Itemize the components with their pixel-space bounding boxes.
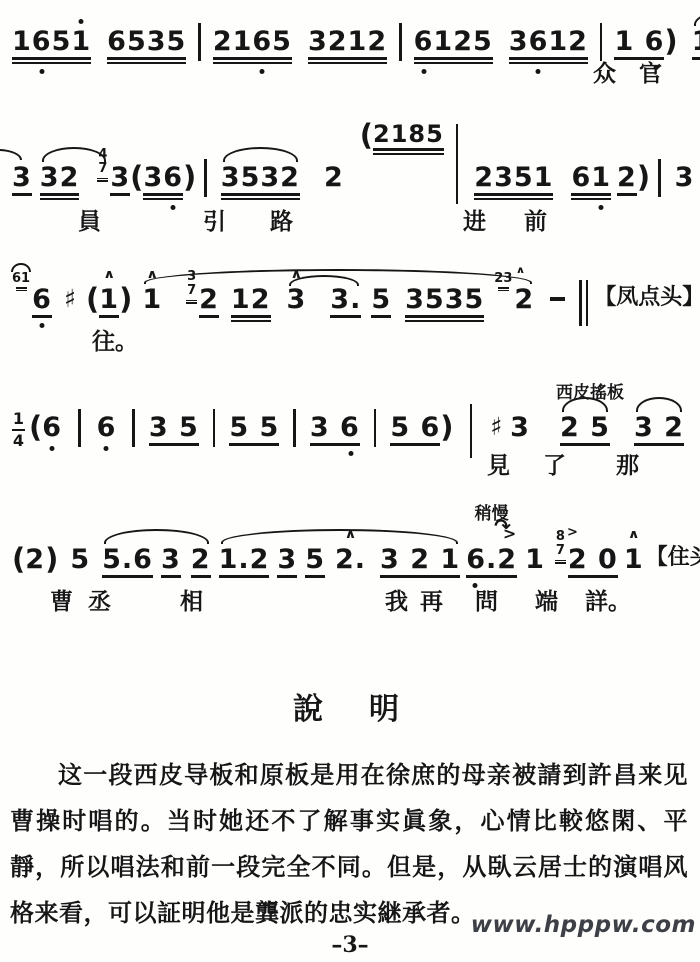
cue-notes-group: (2185: [360, 122, 459, 204]
note-underline: [330, 315, 361, 318]
staccato-caret-mark: ∧: [103, 269, 115, 281]
parenthesis: (: [29, 413, 42, 442]
note-underline: [373, 153, 444, 156]
note-underline: [414, 57, 493, 60]
staccato-caret-mark: ∧: [146, 269, 158, 281]
note-underline: [143, 193, 183, 196]
lyric-char: 路: [270, 210, 293, 233]
sharp-sign: ♯: [64, 286, 76, 311]
note-token: 3: [510, 414, 530, 441]
music-row: 332473(36)35322(21852351612)33 2: [12, 118, 692, 246]
note-underline: [474, 193, 553, 196]
note-digits: 3 2 1: [380, 546, 460, 573]
note-digits: 5: [70, 546, 90, 573]
note-digits: 3212: [308, 28, 387, 55]
slur-group: 1.2352.∧3 2 1: [219, 546, 461, 578]
note-token: 3: [110, 164, 130, 196]
grace-notes: 23∧: [494, 272, 512, 291]
note-token: 3: [161, 546, 181, 578]
note-digits: 2351: [474, 164, 553, 191]
grace-underline: [555, 560, 566, 562]
slur-group: 3∧3.: [287, 286, 362, 318]
grace-underline: [16, 290, 27, 292]
note-underline: [99, 315, 119, 318]
note-token: 6.2>稍慢↷: [466, 546, 517, 578]
note-underline: [509, 57, 588, 60]
grace-underline: [555, 562, 566, 564]
parenthesis: (: [130, 163, 143, 192]
note-underline: [390, 443, 440, 446]
note-underline: [221, 193, 300, 196]
parenthesis: (: [360, 121, 373, 150]
note-underline: [371, 315, 391, 318]
barline: [293, 409, 296, 447]
note-token: 3212: [308, 28, 387, 64]
music-row: (2)55.6321.2352.∧3 2 16.2>稍慢↷187>2 01∧【住…: [12, 498, 692, 588]
lyric-char: 端: [535, 590, 558, 613]
octave-dot-below: [260, 69, 265, 74]
note-underline: [199, 315, 219, 318]
lyric-char: 引: [203, 210, 226, 233]
note-token: 32: [40, 164, 80, 200]
note-underline: [305, 575, 325, 578]
note-digits: 6535: [107, 28, 186, 55]
note-underline: [571, 193, 611, 196]
note-token: 3: [12, 164, 32, 196]
barline: [213, 409, 216, 447]
note-digits: 1.2: [219, 546, 270, 573]
lyric-char: 前: [524, 210, 547, 233]
grace-underline: [97, 178, 108, 180]
note-token: 1: [525, 546, 545, 573]
grace-digits: 23: [494, 272, 512, 286]
note-underline: [310, 443, 360, 446]
barline: [198, 23, 201, 61]
note-token: 3 6: [310, 414, 360, 446]
lyric-char: 曹: [50, 590, 73, 613]
slur-group: 西皮搖板2 5: [560, 414, 610, 446]
note-digits: 6: [32, 286, 52, 313]
score-line-2: 332473(36)35322(21852351612)33 2員引路进前: [12, 118, 692, 254]
note-digits: 2.: [335, 546, 366, 573]
grace-notes: 37: [186, 270, 197, 304]
note-underline: [692, 57, 700, 60]
note-digits: 12: [231, 286, 271, 313]
note-digits: 6.2: [466, 546, 517, 573]
parenthesis: ): [183, 163, 196, 192]
note-digits: 5.6: [102, 546, 153, 573]
percussion-pattern-label: 【凤点头】: [594, 285, 700, 309]
note-underline: [308, 62, 387, 65]
note-underline: [509, 62, 588, 65]
lyric-char: 再: [420, 590, 443, 613]
note-digits: 2: [514, 286, 534, 313]
barline: [132, 409, 135, 447]
octave-dot-below: [50, 446, 55, 451]
note-digits: 6: [97, 414, 117, 441]
section-title: 說 明: [0, 684, 700, 728]
grace-underline: [16, 287, 27, 289]
note-underline: [213, 57, 292, 60]
barline: [658, 159, 661, 197]
note-digits: 6: [42, 414, 62, 441]
octave-dot-below: [472, 583, 477, 588]
note-digits: 1 4: [692, 28, 700, 55]
note-underline: [40, 198, 80, 201]
lyric-char: 官: [639, 62, 662, 85]
note-digits: 1651: [12, 28, 91, 55]
note-digits: 5 6: [390, 414, 440, 441]
note-digits: 2: [199, 286, 219, 313]
note-digits: 36: [143, 164, 183, 191]
note-token: 6: [97, 414, 117, 441]
note-underline: [12, 62, 91, 65]
parenthesis: ): [440, 413, 453, 442]
octave-dot-below: [536, 69, 541, 74]
note-digits: 2 0: [568, 546, 618, 573]
double-barline: [579, 280, 588, 326]
grace-digits: 61: [12, 272, 30, 286]
note-token: 5: [305, 546, 325, 578]
accent-mark: >: [567, 526, 578, 539]
note-digits: 1: [624, 546, 644, 573]
note-underline: [617, 193, 637, 196]
note-underline: [191, 575, 211, 578]
note-digits: 5 5: [229, 414, 279, 441]
barline-thin: [586, 280, 589, 326]
note-token: 5.6: [102, 546, 153, 578]
note-digits: 61: [571, 164, 611, 191]
note-underline: [32, 315, 52, 318]
note-digits: 1 6: [614, 28, 664, 55]
note-underline: [231, 320, 271, 323]
lyric-char: 往。: [92, 330, 138, 353]
grace-notes: 61: [12, 272, 30, 291]
note-digits: 3: [12, 164, 32, 191]
note-token: 2: [199, 286, 219, 318]
note-digits: 5: [305, 546, 325, 573]
note-token: 2185: [373, 122, 444, 155]
note-token: 3 2 1: [380, 546, 460, 578]
grace-digit: 8: [556, 530, 565, 544]
note-underline: [277, 575, 297, 578]
grace-digit: 7: [556, 544, 565, 558]
note-digits: 3: [161, 546, 181, 573]
note-underline: [380, 575, 460, 578]
note-digits: 3 5: [149, 414, 199, 441]
note-digits: 3 2: [634, 414, 684, 441]
banban-label: 西皮搖板: [556, 378, 624, 403]
note-underline: [110, 193, 130, 196]
grace-digit: 3: [187, 270, 196, 284]
note-digits: 3.: [330, 286, 361, 313]
note-underline: [634, 443, 684, 446]
note-token: 36: [143, 164, 183, 200]
lyric-char: 我: [385, 590, 408, 613]
note-underline: [229, 443, 279, 446]
lyric-char: 众: [593, 62, 616, 85]
note-underline: [102, 575, 153, 578]
note-digits: 2: [25, 546, 45, 573]
note-token: 2: [617, 164, 637, 196]
note-token: 6125: [414, 28, 493, 64]
parenthesis: (: [12, 545, 25, 574]
grace-underline: [498, 287, 509, 289]
note-digits: 3: [510, 414, 530, 441]
extension-dash: [550, 297, 565, 301]
note-underline: [405, 320, 484, 323]
note-digits: 3: [110, 164, 130, 191]
lyric-char: 員: [78, 210, 101, 233]
barline-thin: [579, 280, 582, 326]
note-digits: 3612: [509, 28, 588, 55]
slur-group: 5.632: [102, 546, 210, 578]
note-underline: [107, 62, 186, 65]
score-line-4: 14(663 55 53 65 6)♯3西皮搖板2 53 2見了那: [12, 372, 692, 498]
note-token: 3: [675, 164, 695, 191]
lyric-char: 詳。: [585, 590, 631, 613]
note-token: 1 4: [692, 28, 700, 60]
music-row: 1651653521653212612536121 6)1 4: [12, 12, 692, 72]
staccato-caret-mark: ∧: [344, 529, 356, 541]
note-digits: 2165: [213, 28, 292, 55]
lyric-char: 那: [616, 454, 639, 477]
note-token: 2 0: [568, 546, 618, 578]
note-digits: 3535: [405, 286, 484, 313]
sharp-sign: ♯: [490, 414, 502, 439]
note-token: 1∧: [99, 286, 119, 318]
note-underline: [107, 57, 186, 60]
note-token: 61: [571, 164, 611, 200]
octave-dot-below: [599, 205, 604, 210]
note-underline: [143, 198, 183, 201]
note-token: 2.∧: [335, 546, 366, 573]
note-token: 6: [32, 286, 52, 318]
score-line-5: (2)55.6321.2352.∧3 2 16.2>稍慢↷187>2 01∧【住…: [12, 498, 692, 632]
note-digits: 2 5: [560, 414, 610, 441]
barline: [374, 409, 377, 447]
grace-digit: 4: [98, 148, 107, 162]
note-token: 3∧: [287, 286, 307, 313]
percussion-pattern-label: 【住头】: [646, 545, 700, 569]
octave-dot-below: [421, 69, 426, 74]
note-token: 2 5: [560, 414, 610, 446]
score-line-3: 616♯(1∧)1∧372123∧3.5353523∧2【凤点头】往。: [12, 258, 692, 370]
grace-notes: 47: [97, 148, 108, 182]
note-underline: [308, 57, 387, 60]
watermark-url: www.hpppw.com: [471, 912, 696, 938]
note-digits: 2: [324, 164, 344, 191]
note-token: 5 5: [229, 414, 279, 446]
explanation-paragraph: 这一段西皮导板和原板是用在徐庶的母亲被請到許昌来见曹操时唱的。当时她还不了解事实…: [10, 752, 688, 936]
note-digits: 3: [277, 546, 297, 573]
note-underline: [474, 198, 553, 201]
octave-dot-below: [171, 205, 176, 210]
barline: [600, 23, 603, 61]
note-token: 3 2: [634, 414, 684, 446]
note-token: 2351: [474, 164, 553, 200]
staccato-caret-mark: ∧: [516, 265, 526, 275]
slur-group: 3 2: [634, 414, 684, 446]
grace-underline: [186, 300, 197, 302]
note-digits: 3: [675, 164, 695, 191]
note-token: 12: [231, 286, 271, 322]
barline: [399, 23, 402, 61]
slur-group: 3247: [40, 164, 109, 200]
note-token: 2: [514, 286, 534, 313]
note-underline: [373, 148, 444, 151]
lyric-char: 了: [543, 454, 566, 477]
note-token: 5: [371, 286, 391, 318]
music-row: 616♯(1∧)1∧372123∧3.5353523∧2【凤点头】: [12, 258, 692, 326]
sheet-music-page: 1651653521653212612536121 6)1 4众官332473(…: [0, 0, 700, 962]
note-digits: 3532: [221, 164, 300, 191]
music-row: 14(663 55 53 65 6)♯3西皮搖板2 53 2: [12, 372, 692, 458]
lyric-char: 問: [475, 590, 498, 613]
note-digits: 3 6: [310, 414, 360, 441]
barline: [78, 409, 81, 447]
note-digits: 5: [371, 286, 391, 313]
slur-group: 1 4: [692, 28, 700, 72]
note-underline: [219, 575, 270, 578]
note-token: 3535: [405, 286, 484, 322]
octave-dot-below: [39, 323, 44, 328]
tie-end-fragment: [0, 149, 22, 160]
score-line-1: 1651653521653212612536121 6)1 4众官: [12, 12, 692, 114]
note-digits: 2185: [373, 122, 444, 146]
note-underline: [213, 62, 292, 65]
note-underline: [12, 193, 32, 196]
note-token: 6: [42, 414, 62, 441]
note-underline: [414, 62, 493, 65]
note-token: 3612: [509, 28, 588, 64]
grace-underline: [498, 290, 509, 292]
curved-arrow-icon: ↷: [494, 516, 511, 536]
note-underline: [571, 198, 611, 201]
grace-underline: [186, 302, 197, 304]
octave-dot-below: [104, 446, 109, 451]
parenthesis: ): [664, 27, 677, 56]
note-underline: [221, 198, 300, 201]
time-signature: 14: [12, 410, 25, 449]
note-digits: 1: [99, 286, 119, 313]
note-token: 2: [191, 546, 211, 578]
note-token: 5: [70, 546, 90, 573]
note-digits: 3: [287, 286, 307, 313]
parenthesis: ): [45, 545, 58, 574]
barline: [456, 124, 459, 204]
note-underline: [231, 315, 271, 318]
note-underline: [466, 575, 517, 578]
note-underline: [40, 193, 80, 196]
parenthesis: ): [119, 285, 132, 314]
note-token: 1 6: [614, 28, 664, 60]
octave-dot-below: [349, 451, 354, 456]
note-digits: 1: [142, 286, 162, 313]
lyric-char: 相: [180, 590, 203, 613]
note-token: 1∧: [142, 286, 162, 313]
note-token: 1.2: [219, 546, 270, 578]
octave-dot-below: [39, 69, 44, 74]
note-digits: 6125: [414, 28, 493, 55]
staccato-caret-mark: ∧: [628, 529, 640, 541]
grace-notes: 87>: [555, 530, 566, 564]
note-token: 5 6: [390, 414, 440, 446]
grace-digit: 7: [187, 284, 196, 298]
grace-underline: [97, 180, 108, 182]
grace-digit: 7: [98, 162, 107, 176]
note-token: 3.: [330, 286, 361, 318]
barline: [470, 404, 473, 458]
barline: [204, 159, 207, 197]
note-digits: 32: [40, 164, 80, 191]
parenthesis: ): [637, 163, 650, 192]
note-token: 3532: [221, 164, 300, 200]
parenthesis: (: [86, 285, 99, 314]
timesig-denominator: 4: [13, 432, 24, 450]
octave-dot-above: [79, 19, 84, 24]
note-underline: [12, 57, 91, 60]
note-token: 3: [277, 546, 297, 578]
note-digits: 2: [617, 164, 637, 191]
note-underline: [568, 575, 618, 578]
note-underline: [149, 443, 199, 446]
note-token: 3 5: [149, 414, 199, 446]
note-underline: [560, 443, 610, 446]
note-digits: 2: [191, 546, 211, 573]
lyric-char: 丞: [88, 590, 111, 613]
note-underline: [161, 575, 181, 578]
note-digits: 1: [525, 546, 545, 573]
note-token: 2: [324, 164, 344, 191]
timesig-numerator: 1: [13, 410, 24, 428]
lyric-char: 进: [463, 210, 486, 233]
lyric-char: 見: [487, 454, 510, 477]
note-token: 6535: [107, 28, 186, 64]
staccato-caret-mark: ∧: [290, 269, 302, 281]
note-token: 1651: [12, 28, 91, 64]
note-token: 2: [25, 546, 45, 573]
slur-group: 3532: [221, 164, 300, 200]
slur-group: 1∧372123∧3.5353523∧2: [142, 286, 534, 322]
note-token: 1∧: [624, 546, 644, 573]
note-token: 2165: [213, 28, 292, 64]
note-underline: [405, 315, 484, 318]
